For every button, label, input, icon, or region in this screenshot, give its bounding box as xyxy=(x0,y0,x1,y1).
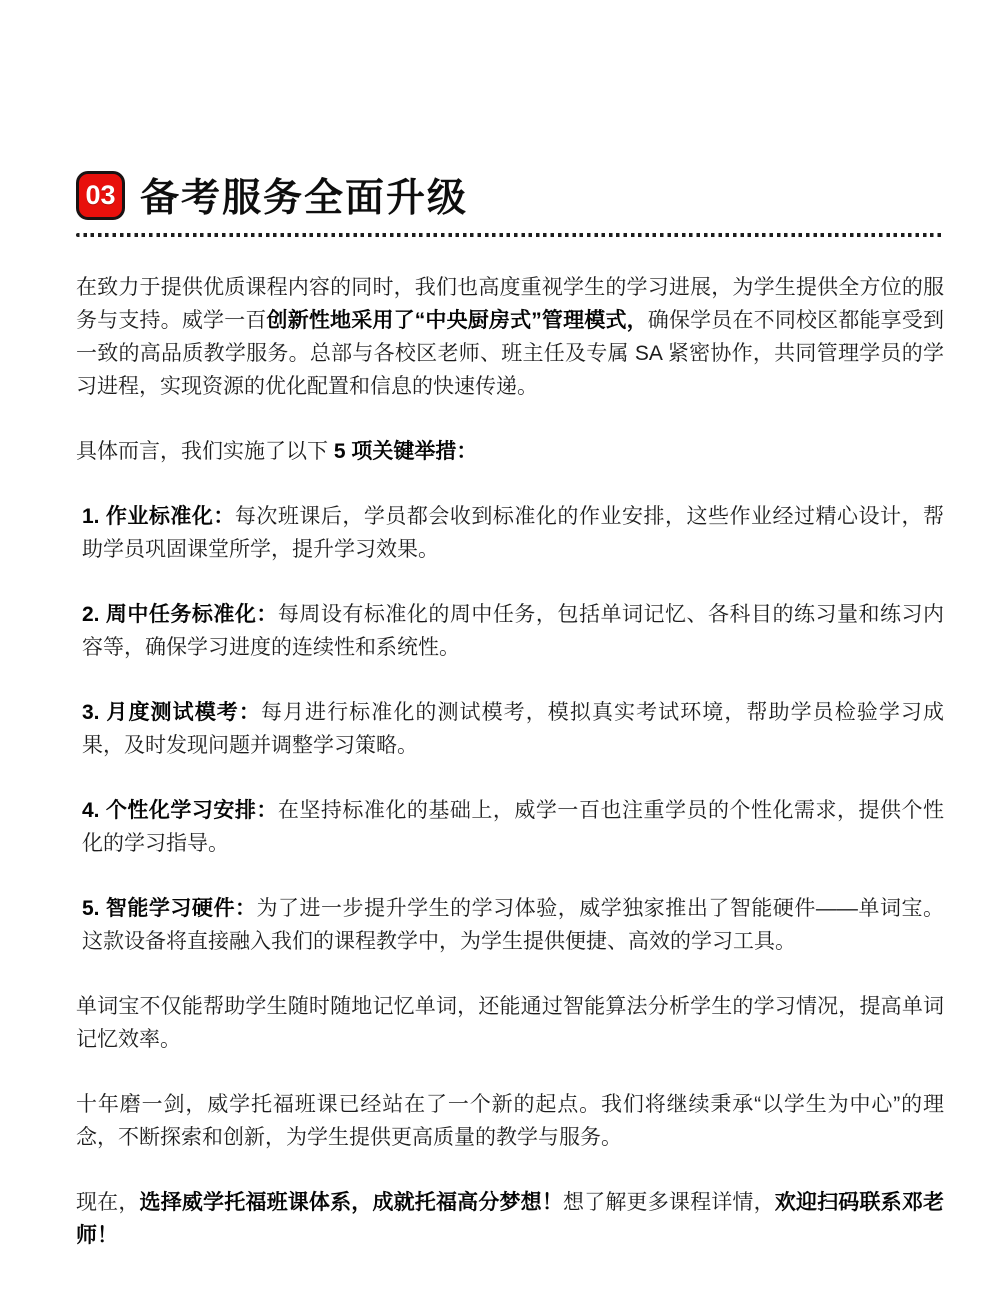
section-title: 备考服务全面升级 xyxy=(140,167,468,223)
dotted-divider xyxy=(76,233,944,237)
measure-item-2: 2. 周中任务标准化：每周设有标准化的周中任务，包括单词记忆、各科目的练习量和练… xyxy=(76,598,944,664)
cta-text-2: 想了解更多课程详情， xyxy=(563,1191,775,1214)
decade-paragraph: 十年磨一剑，威学托福班课已经站在了一个新的起点。我们将继续秉承“以学生为中心”的… xyxy=(76,1088,944,1154)
section-number-badge: 03 xyxy=(76,171,125,220)
lead-in-bold: 5 项关键举措： xyxy=(334,440,478,463)
measure-1-title: 1. 作业标准化： xyxy=(82,505,235,528)
cta-paragraph: 现在，选择威学托福班课体系，成就托福高分梦想！想了解更多课程详情，欢迎扫码联系邓… xyxy=(76,1186,944,1252)
measure-4-title: 4. 个性化学习安排： xyxy=(82,799,278,822)
wordtreasure-paragraph: 单词宝不仅能帮助学生随时随地记忆单词，还能通过智能算法分析学生的学习情况，提高单… xyxy=(76,990,944,1056)
measure-item-4: 4. 个性化学习安排：在坚持标准化的基础上，威学一百也注重学员的个性化需求，提供… xyxy=(76,794,944,860)
cta-text-1: 现在， xyxy=(76,1191,140,1214)
cta-bold-1: 选择威学托福班课体系，成就托福高分梦想！ xyxy=(140,1191,564,1214)
measure-2-title: 2. 周中任务标准化： xyxy=(82,603,278,626)
section-number: 03 xyxy=(85,180,115,211)
flyer-page: 03 备考服务全面升级 在致力于提供优质课程内容的同时，我们也高度重视学生的学习… xyxy=(0,0,1000,1313)
measure-item-1: 1. 作业标准化：每次班课后，学员都会收到标准化的作业安排，这些作业经过精心设计… xyxy=(76,500,944,566)
intro-paragraph: 在致力于提供优质课程内容的同时，我们也高度重视学生的学习进展，为学生提供全方位的… xyxy=(76,271,944,403)
lead-in-paragraph: 具体而言，我们实施了以下 5 项关键举措： xyxy=(76,435,944,468)
intro-text-bold: 创新性地采用了“中央厨房式”管理模式， xyxy=(267,309,648,332)
body-text: 在致力于提供优质课程内容的同时，我们也高度重视学生的学习进展，为学生提供全方位的… xyxy=(76,271,944,1252)
lead-in-text: 具体而言，我们实施了以下 xyxy=(76,440,334,463)
page-content: 03 备考服务全面升级 在致力于提供优质课程内容的同时，我们也高度重视学生的学习… xyxy=(0,0,1000,1252)
measure-3-title: 3. 月度测试模考： xyxy=(82,701,261,724)
section-header: 03 备考服务全面升级 xyxy=(76,170,944,220)
measure-item-5: 5. 智能学习硬件：为了进一步提升学生的学习体验，威学独家推出了智能硬件——单词… xyxy=(76,892,944,958)
measure-item-3: 3. 月度测试模考：每月进行标准化的测试模考，模拟真实考试环境，帮助学员检验学习… xyxy=(76,696,944,762)
measure-5-title: 5. 智能学习硬件： xyxy=(82,897,256,920)
